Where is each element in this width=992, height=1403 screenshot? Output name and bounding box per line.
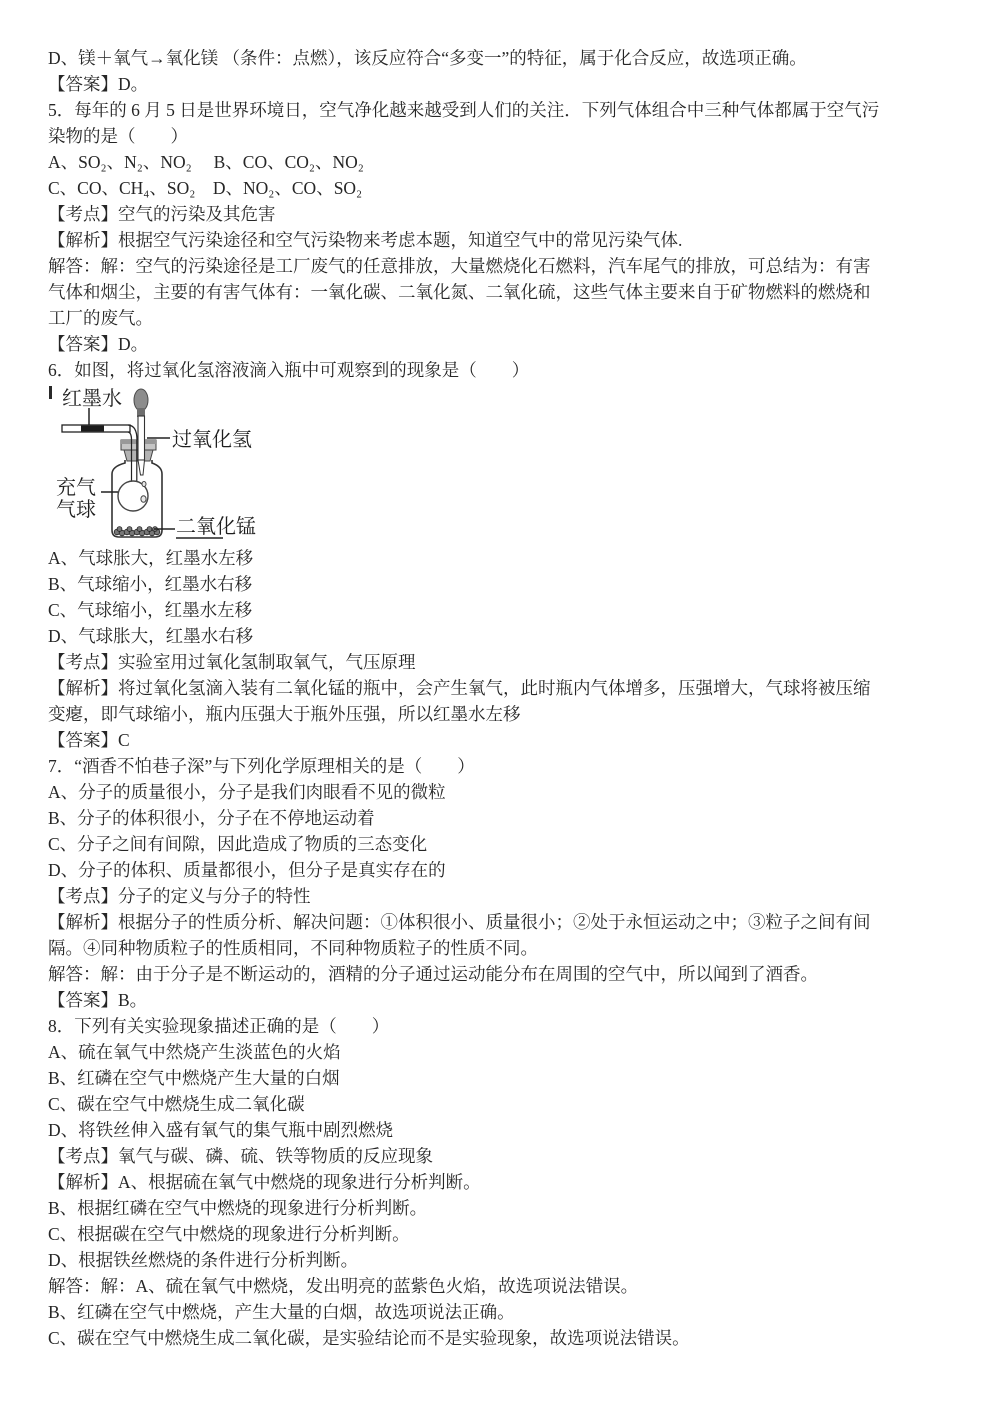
question-5-line: 5．每年的 6 月 5 日是世界环境日，空气净化越来越受到人们的关注．下列气体组… [48, 97, 952, 123]
answer-line: 【答案】D。 [48, 71, 952, 97]
doc-line: 染物的是（ ） [48, 123, 952, 149]
bent-tube-inner [128, 432, 132, 440]
keypoint-line: 【考点】实验室用过氧化氢制取氧气，气压原理 [48, 649, 952, 675]
liquid-drop [141, 496, 146, 502]
answer-line: 【答案】D。 [48, 331, 952, 357]
option-line: B、红磷在空气中燃烧产生大量的白烟 [48, 1065, 952, 1091]
option-line: C、碳在空气中燃烧生成二氧化碳 [48, 1091, 952, 1117]
balloon-label-line2: 气球 [56, 498, 96, 521]
option-line: D、气球胀大，红墨水右移 [48, 623, 952, 649]
doc-line: C、根据碳在空气中燃烧的现象进行分析判断。 [48, 1221, 952, 1247]
option-line: A、分子的质量很小，分子是我们肉眼看不见的微粒 [48, 779, 952, 805]
mno2-label: 二氧化锰 [176, 515, 256, 538]
balloon-label-line1: 充气 [56, 476, 96, 499]
analysis-line: 【解析】将过氧化氢滴入装有二氧化锰的瓶中，会产生氧气，此时瓶内气体增多，压强增大… [48, 675, 952, 701]
scan-artifact [49, 386, 52, 399]
doc-line: 变瘪，即气球缩小，瓶内压强大于瓶外压强，所以红墨水左移 [48, 701, 952, 727]
question-6-line: 6．如图，将过氧化氢溶液滴入瓶中可观察到的现象是（ ） [48, 357, 952, 383]
question-8-line: 8．下列有关实验现象描述正确的是（ ） [48, 1013, 952, 1039]
option-line: D、将铁丝伸入盛有氧气的集气瓶中剧烈燃烧 [48, 1117, 952, 1143]
doc-line: 解答：解：空气的污染途径是工厂废气的任意排放，大量燃烧化石燃料，汽车尾气的排放，… [48, 253, 952, 279]
option-line: B、气球缩小，红墨水右移 [48, 571, 952, 597]
doc-line: D、根据铁丝燃烧的条件进行分析判断。 [48, 1247, 952, 1273]
red-ink-segment [81, 426, 104, 432]
option-line: C、分子之间有间隙，因此造成了物质的三态变化 [48, 831, 952, 857]
doc-line: B、红磷在空气中燃烧，产生大量的白烟，故选项说法正确。 [48, 1299, 952, 1325]
doc-line: 气体和烟尘，主要的有害气体有：一氧化碳、二氧化氮、二氧化硫，这些气体主要来自于矿… [48, 279, 952, 305]
option-line: A、SO₂、N₂、NO₂ B、CO、CO₂、NO₂ [48, 149, 952, 175]
question-7-line: 7．“酒香不怕巷子深”与下列化学原理相关的是（ ） [48, 753, 952, 779]
doc-line: 工厂的废气。 [48, 305, 952, 331]
analysis-line: 【解析】A、根据硫在氧气中燃烧的现象进行分析判断。 [48, 1169, 952, 1195]
h2o2-label: 过氧化氢 [172, 428, 252, 451]
option-line: C、气球缩小，红墨水左移 [48, 597, 952, 623]
exam-document: D、镁＋氧气→氧化镁 （条件：点燃），该反应符合“多变一”的特征，属于化合反应，… [0, 0, 992, 1403]
gas-bottle-diagram: 红墨水 [44, 383, 288, 545]
answer-line: 【答案】B。 [48, 987, 952, 1013]
analysis-line: 【解析】根据空气污染途径和空气污染物来考虑本题，知道空气中的常见污染气体. [48, 227, 952, 253]
doc-line: B、根据红磷在空气中燃烧的现象进行分析判断。 [48, 1195, 952, 1221]
option-line: D、分子的体积、质量都很小，但分子是真实存在的 [48, 857, 952, 883]
option-line: C、CO、CH₄、SO₂ D、NO₂、CO、SO₂ [48, 175, 952, 201]
doc-line: 解答：解：A、硫在氧气中燃烧，发出明亮的蓝紫色火焰，故选项说法错误。 [48, 1273, 952, 1299]
dropper-stem [138, 416, 145, 460]
analysis-line: 【解析】根据分子的性质分析、解决问题：①体积很小、质量很小；②处于永恒运动之中；… [48, 909, 952, 935]
red-ink-label: 红墨水 [62, 387, 122, 410]
liquid-drop [142, 482, 146, 487]
apparatus-figure: 红墨水 [44, 383, 288, 545]
rubber-bulb [134, 389, 148, 411]
dropper-tip [138, 460, 145, 475]
keypoint-line: 【考点】分子的定义与分子的特性 [48, 883, 952, 909]
mno2-granules [114, 527, 160, 536]
doc-line: D、镁＋氧气→氧化镁 （条件：点燃），该反应符合“多变一”的特征，属于化合反应，… [48, 45, 952, 71]
doc-line: 解答：解：由于分子是不断运动的，酒精的分子通过运动能分布在周围的空气中，所以闻到… [48, 961, 952, 987]
option-line: B、分子的体积很小，分子在不停地运动着 [48, 805, 952, 831]
answer-line: 【答案】C [48, 727, 952, 753]
option-line: A、硫在氧气中然烧产生淡蓝色的火焰 [48, 1039, 952, 1065]
doc-line: C、碳在空气中燃烧生成二氧化碳，是实验结论而不是实验现象，故选项说法错误。 [48, 1325, 952, 1351]
option-line: A、气球胀大，红墨水左移 [48, 545, 952, 571]
keypoint-line: 【考点】氧气与碳、磷、硫、铁等物质的反应现象 [48, 1143, 952, 1169]
keypoint-line: 【考点】空气的污染及其危害 [48, 201, 952, 227]
doc-line: 隔。④同种物质粒子的性质相同，不同种物质粒子的性质不同。 [48, 935, 952, 961]
